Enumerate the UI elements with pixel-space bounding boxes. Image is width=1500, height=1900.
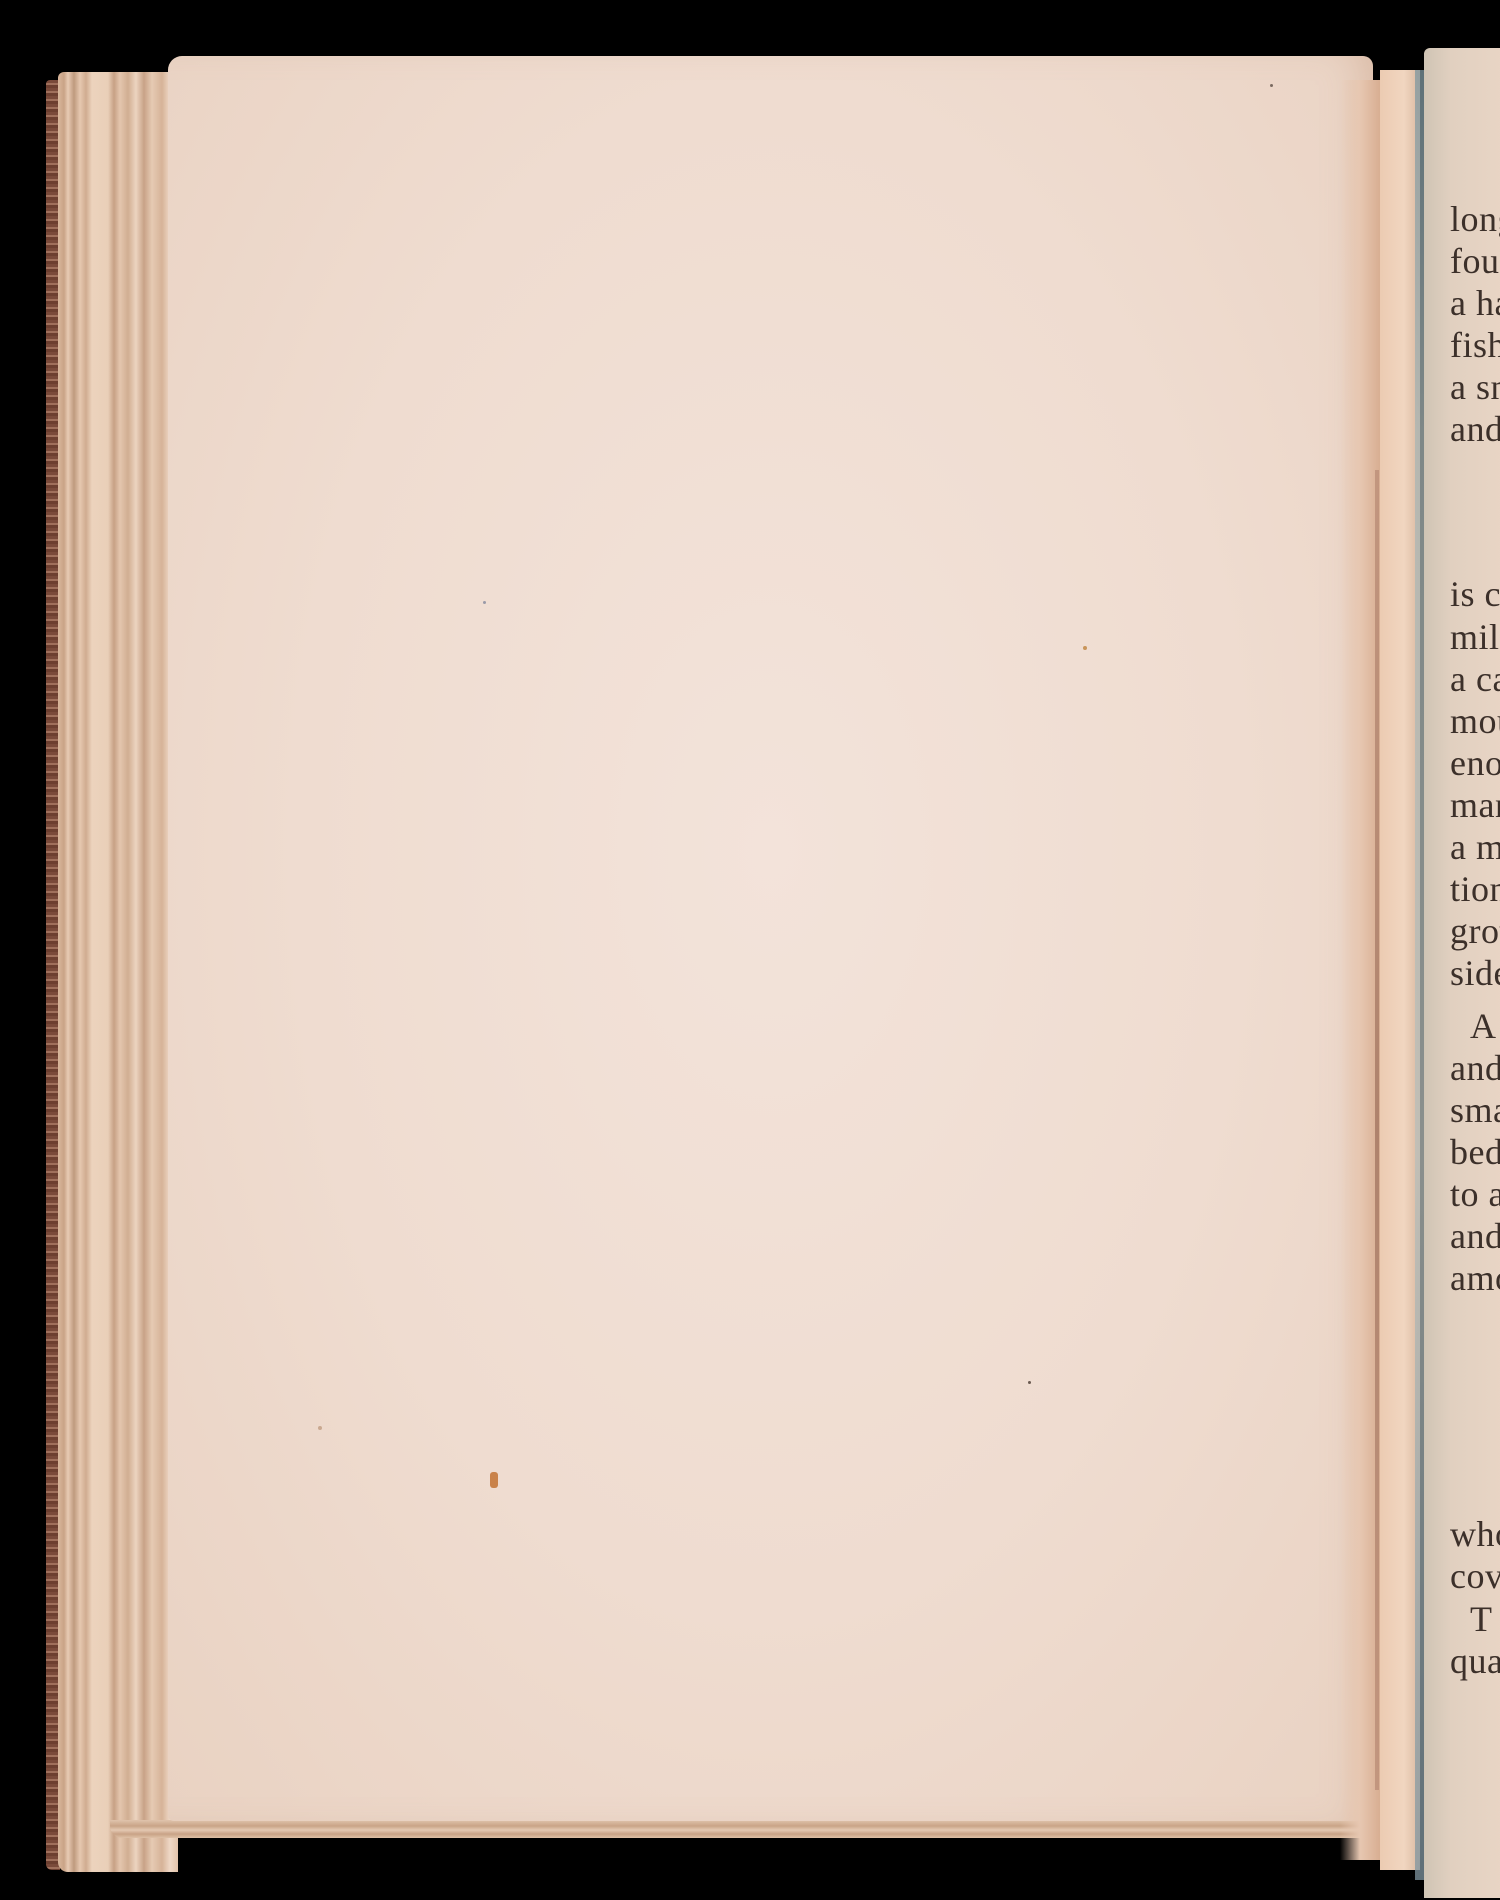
- foxing-spot: [490, 1472, 498, 1488]
- foxing-spot: [483, 601, 486, 604]
- text-line-fragment: tions: [1450, 868, 1500, 910]
- text-line-fragment: a mi: [1450, 826, 1500, 868]
- text-line-fragment: mile: [1450, 616, 1500, 658]
- text-line-fragment: and: [1450, 1047, 1500, 1089]
- text-line-fragment: fishin: [1450, 324, 1500, 366]
- open-book: longfouna hafishina smandis comilea camo…: [0, 0, 1500, 1900]
- text-line-fragment: is co: [1450, 573, 1500, 615]
- text-line-fragment: who: [1450, 1513, 1500, 1555]
- text-line-fragment: man: [1450, 784, 1500, 826]
- right-page-fold: [1380, 70, 1420, 1870]
- text-line-fragment: and: [1450, 1215, 1500, 1257]
- text-line-fragment: sides: [1450, 952, 1500, 994]
- foxing-spot: [1270, 84, 1273, 87]
- text-line-fragment: enou: [1450, 742, 1500, 784]
- text-line-fragment: to a: [1450, 1173, 1500, 1215]
- foxing-spot: [1083, 646, 1087, 650]
- text-line-fragment: bed: [1450, 1131, 1500, 1173]
- text-line-fragment: T: [1470, 1598, 1493, 1640]
- text-line-fragment: smal: [1450, 1089, 1500, 1131]
- foxing-spot: [318, 1426, 322, 1430]
- text-line-fragment: A: [1470, 1005, 1497, 1047]
- gutter-crease: [1375, 470, 1379, 1790]
- text-line-fragment: qua: [1450, 1640, 1500, 1682]
- text-line-fragment: a sm: [1450, 366, 1500, 408]
- text-line-fragment: long: [1450, 198, 1500, 240]
- text-line-fragment: a ha: [1450, 282, 1500, 324]
- page-block-left: [58, 72, 178, 1872]
- text-line-fragment: cove: [1450, 1555, 1500, 1597]
- page-block-bottom: [110, 1820, 1380, 1838]
- text-line-fragment: grow: [1450, 910, 1500, 952]
- text-line-fragment: foun: [1450, 240, 1500, 282]
- text-line-fragment: and: [1450, 408, 1500, 450]
- foxing-spot: [1028, 1381, 1031, 1384]
- left-page-blank: [168, 56, 1373, 1821]
- right-page-text: longfouna hafishina smandis comilea camo…: [1450, 0, 1500, 1900]
- text-line-fragment: mou: [1450, 700, 1500, 742]
- gutter-shadow: [1340, 80, 1380, 1860]
- text-line-fragment: a ca: [1450, 658, 1500, 700]
- text-line-fragment: amo: [1450, 1257, 1500, 1299]
